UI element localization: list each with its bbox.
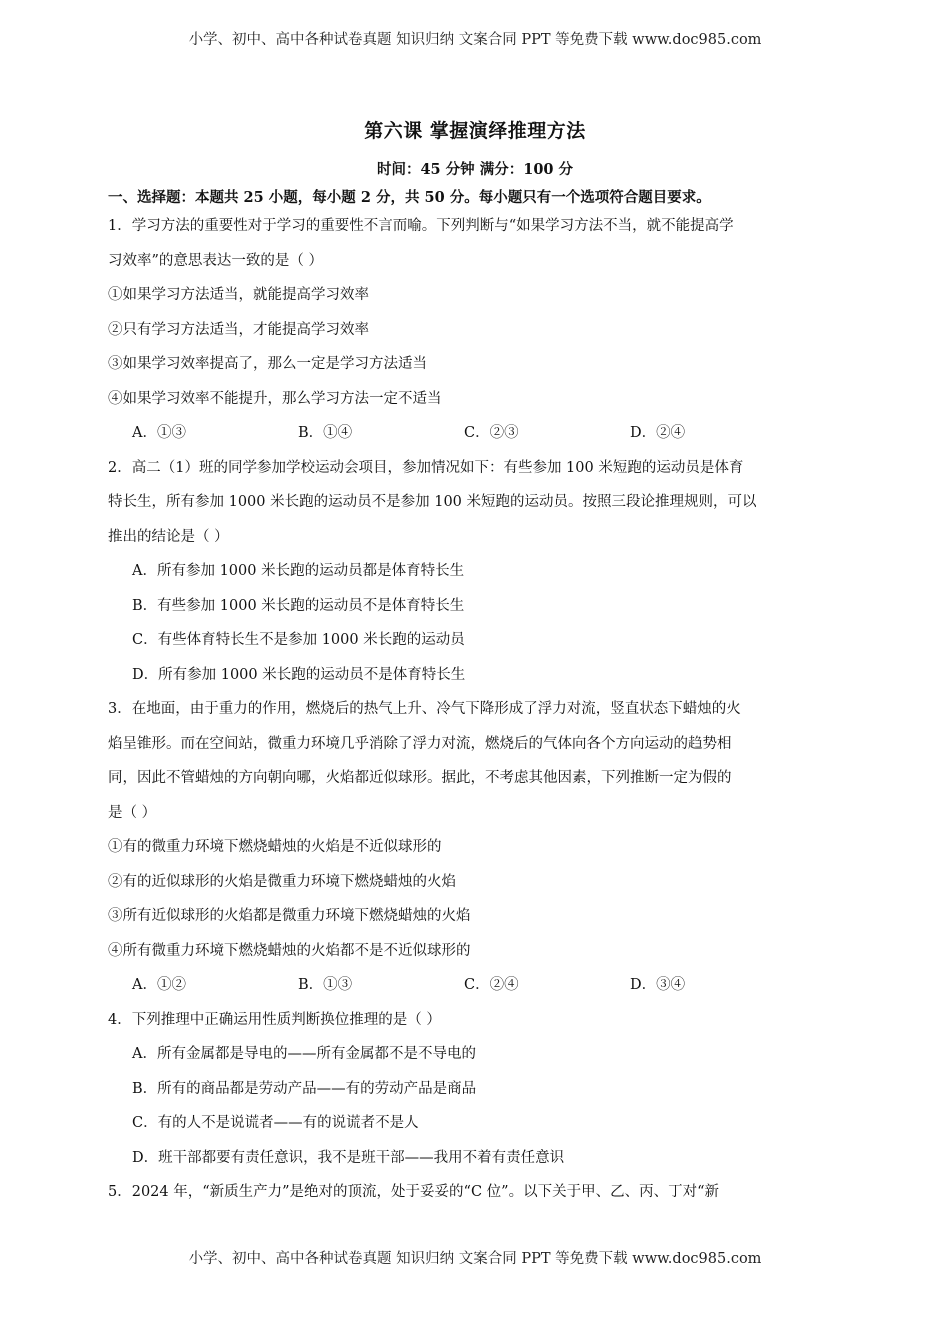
question-stem-line: 特长生，所有参加 1000 米长跑的运动员不是参加 100 米短跑的运动员。按照… (108, 485, 843, 520)
question-stem-line: 焰呈锥形。而在空间站，微重力环境几乎消除了浮力对流，燃烧后的气体向各个方向运动的… (108, 727, 843, 762)
option-c: C．有的人不是说谎者——有的说谎者不是人 (108, 1106, 843, 1141)
question-stem-line: 同，因此不管蜡烛的方向朝向哪，火焰都近似球形。据此，不考虑其他因素，下列推断一定… (108, 761, 843, 796)
statement: ①如果学习方法适当，就能提高学习效率 (108, 278, 843, 313)
option-d: D．所有参加 1000 米长跑的运动员不是体育特长生 (108, 658, 843, 693)
option-d: D．②④ (630, 416, 796, 451)
question-stem-line: 5．2024 年，“新质生产力”是绝对的顶流，处于妥妥的“C 位”。以下关于甲、… (108, 1175, 843, 1210)
option-d: D．③④ (630, 968, 796, 1003)
option-a: A．所有参加 1000 米长跑的运动员都是体育特长生 (108, 554, 843, 589)
option-c: C．②④ (464, 968, 630, 1003)
section-heading: 一、选择题：本题共 25 小题，每小题 2 分，共 50 分。每小题只有一个选项… (108, 186, 868, 207)
option-a: A．①③ (132, 416, 298, 451)
option-c: C．有些体育特长生不是参加 1000 米长跑的运动员 (108, 623, 843, 658)
option-b: B．①③ (298, 968, 464, 1003)
question-stem-line: 3．在地面，由于重力的作用，燃烧后的热气上升、冷气下降形成了浮力对流，竖直状态下… (108, 692, 843, 727)
question-stem-line: 4．下列推理中正确运用性质判断换位推理的是（ ） (108, 1003, 843, 1038)
question-stem-line: 是（ ） (108, 796, 843, 831)
option-row: A．①③ B．①④ C．②③ D．②④ (108, 416, 843, 451)
question-5: 5．2024 年，“新质生产力”是绝对的顶流，处于妥妥的“C 位”。以下关于甲、… (108, 1175, 843, 1210)
page-header-watermark: 小学、初中、高中各种试卷真题 知识归纳 文案合同 PPT 等免费下载 www.d… (0, 28, 950, 49)
question-3: 3．在地面，由于重力的作用，燃烧后的热气上升、冷气下降形成了浮力对流，竖直状态下… (108, 692, 843, 1003)
option-b: B．所有的商品都是劳动产品——有的劳动产品是商品 (108, 1072, 843, 1107)
option-row: A．①② B．①③ C．②④ D．③④ (108, 968, 843, 1003)
question-stem-line: 1．学习方法的重要性对于学习的重要性不言而喻。下列判断与“如果学习方法不当，就不… (108, 209, 843, 244)
option-a: A．①② (132, 968, 298, 1003)
question-4: 4．下列推理中正确运用性质判断换位推理的是（ ） A．所有金属都是导电的——所有… (108, 1003, 843, 1176)
statement: ④所有微重力环境下燃烧蜡烛的火焰都不是不近似球形的 (108, 934, 843, 969)
option-c: C．②③ (464, 416, 630, 451)
option-b: B．有些参加 1000 米长跑的运动员不是体育特长生 (108, 589, 843, 624)
option-b: B．①④ (298, 416, 464, 451)
question-list: 1．学习方法的重要性对于学习的重要性不言而喻。下列判断与“如果学习方法不当，就不… (108, 209, 843, 1210)
statement: ③所有近似球形的火焰都是微重力环境下燃烧蜡烛的火焰 (108, 899, 843, 934)
statement: ①有的微重力环境下燃烧蜡烛的火焰是不近似球形的 (108, 830, 843, 865)
option-d: D．班干部都要有责任意识，我不是班干部——我用不着有责任意识 (108, 1141, 843, 1176)
page-title: 第六课 掌握演绎推理方法 (0, 116, 950, 143)
statement: ②有的近似球形的火焰是微重力环境下燃烧蜡烛的火焰 (108, 865, 843, 900)
page-footer-watermark: 小学、初中、高中各种试卷真题 知识归纳 文案合同 PPT 等免费下载 www.d… (0, 1247, 950, 1268)
question-stem-line: 2．高二（1）班的同学参加学校运动会项目，参加情况如下：有些参加 100 米短跑… (108, 451, 843, 486)
question-1: 1．学习方法的重要性对于学习的重要性不言而喻。下列判断与“如果学习方法不当，就不… (108, 209, 843, 451)
exam-meta: 时间：45 分钟 满分：100 分 (0, 158, 950, 179)
statement: ③如果学习效率提高了，那么一定是学习方法适当 (108, 347, 843, 382)
question-2: 2．高二（1）班的同学参加学校运动会项目，参加情况如下：有些参加 100 米短跑… (108, 451, 843, 693)
option-a: A．所有金属都是导电的——所有金属都不是不导电的 (108, 1037, 843, 1072)
statement: ④如果学习效率不能提升，那么学习方法一定不适当 (108, 382, 843, 417)
question-stem-line: 推出的结论是（ ） (108, 520, 843, 555)
statement: ②只有学习方法适当，才能提高学习效率 (108, 313, 843, 348)
question-stem-line: 习效率”的意思表达一致的是（ ） (108, 244, 843, 279)
